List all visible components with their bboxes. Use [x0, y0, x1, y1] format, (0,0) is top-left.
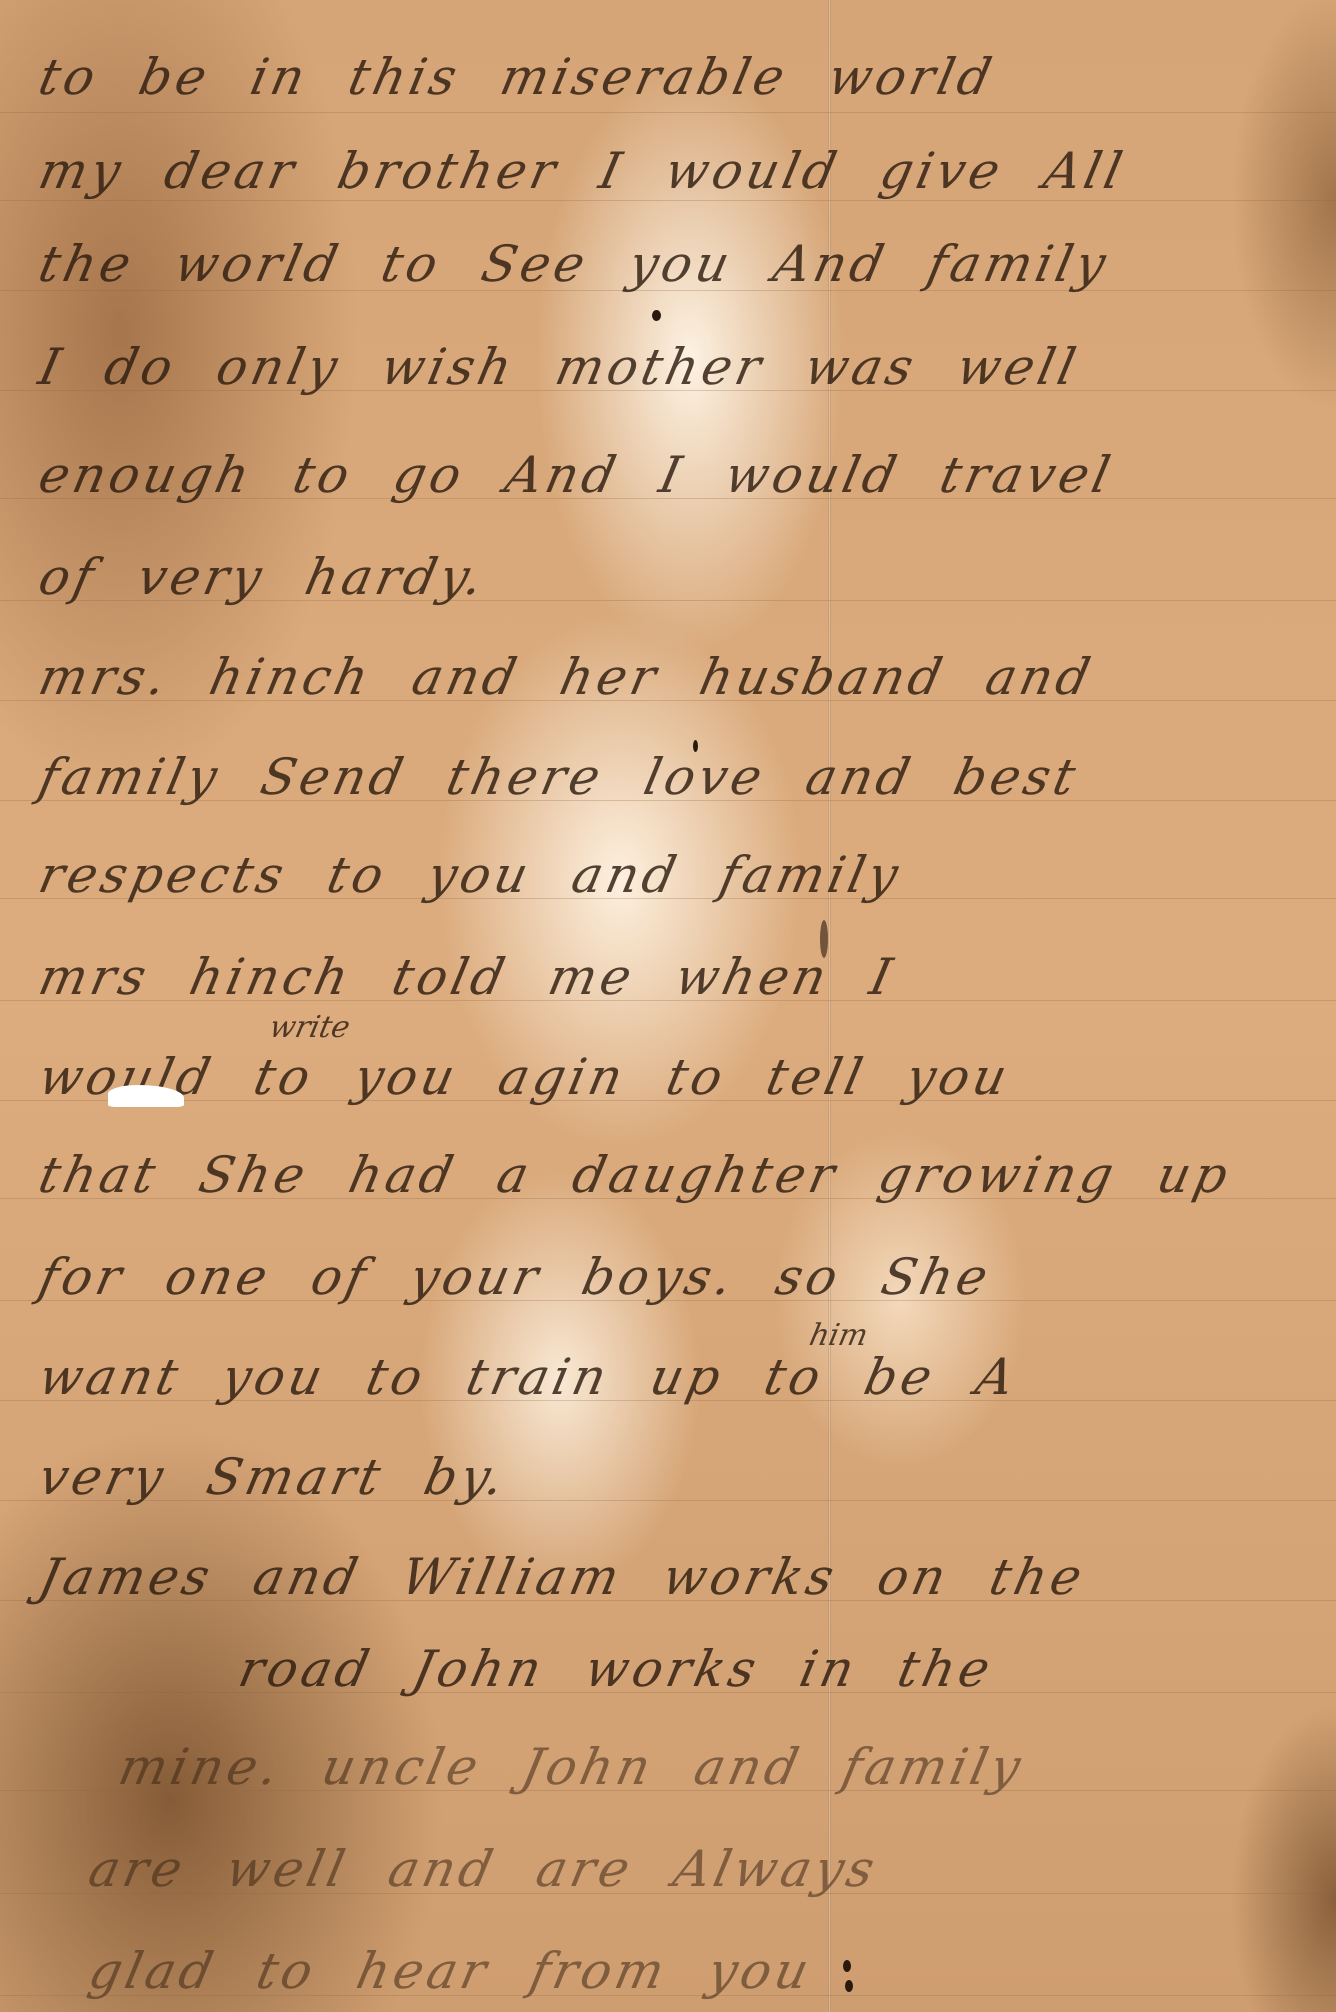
letter-line-2: my dear brother I would give All	[34, 142, 1131, 200]
letter-line-6: of very hardy.	[34, 548, 492, 606]
letter-line-9: respects to you and family	[34, 846, 907, 904]
letter-line-20: glad to hear from you	[84, 1942, 818, 2000]
ink-spot	[845, 1980, 853, 1992]
ink-smudge	[820, 920, 828, 958]
page-fold-crease	[828, 0, 831, 2012]
ruled-line	[0, 112, 1336, 113]
letter-line-17: road John works in the	[234, 1640, 999, 1698]
letter-line-13: for one of your boys. so She	[34, 1248, 997, 1306]
letter-line-12: that She had a daughter growing up	[34, 1146, 1237, 1204]
letter-line-4: I do only wish mother was well	[34, 338, 1085, 396]
letter-page: to be in this miserable world my dear br…	[0, 0, 1336, 2012]
letter-line-19: are well and are Always	[84, 1840, 884, 1898]
letter-line-5: enough to go And I would travel	[34, 446, 1119, 504]
ink-spot	[652, 310, 661, 321]
letter-line-10: mrs hinch told me when I	[34, 948, 901, 1006]
letter-line-15: very Smart by.	[34, 1448, 513, 1506]
letter-line-14: want you to train up to be A	[34, 1348, 1023, 1406]
letter-line-18: mine. uncle John and family	[114, 1738, 1030, 1796]
letter-line-3: the world to See you And family	[34, 235, 1115, 293]
letter-line-7: mrs. hinch and her husband and	[34, 648, 1099, 706]
letter-line-1: to be in this miserable world	[34, 48, 1000, 106]
ink-spot	[693, 740, 698, 752]
letter-line-16: James and William works on the	[34, 1548, 1091, 1606]
insertion-write: write	[266, 1010, 353, 1045]
ink-spot	[843, 1960, 851, 1972]
letter-line-8: family Send there love and best	[34, 748, 1084, 806]
ruled-line	[0, 200, 1336, 201]
